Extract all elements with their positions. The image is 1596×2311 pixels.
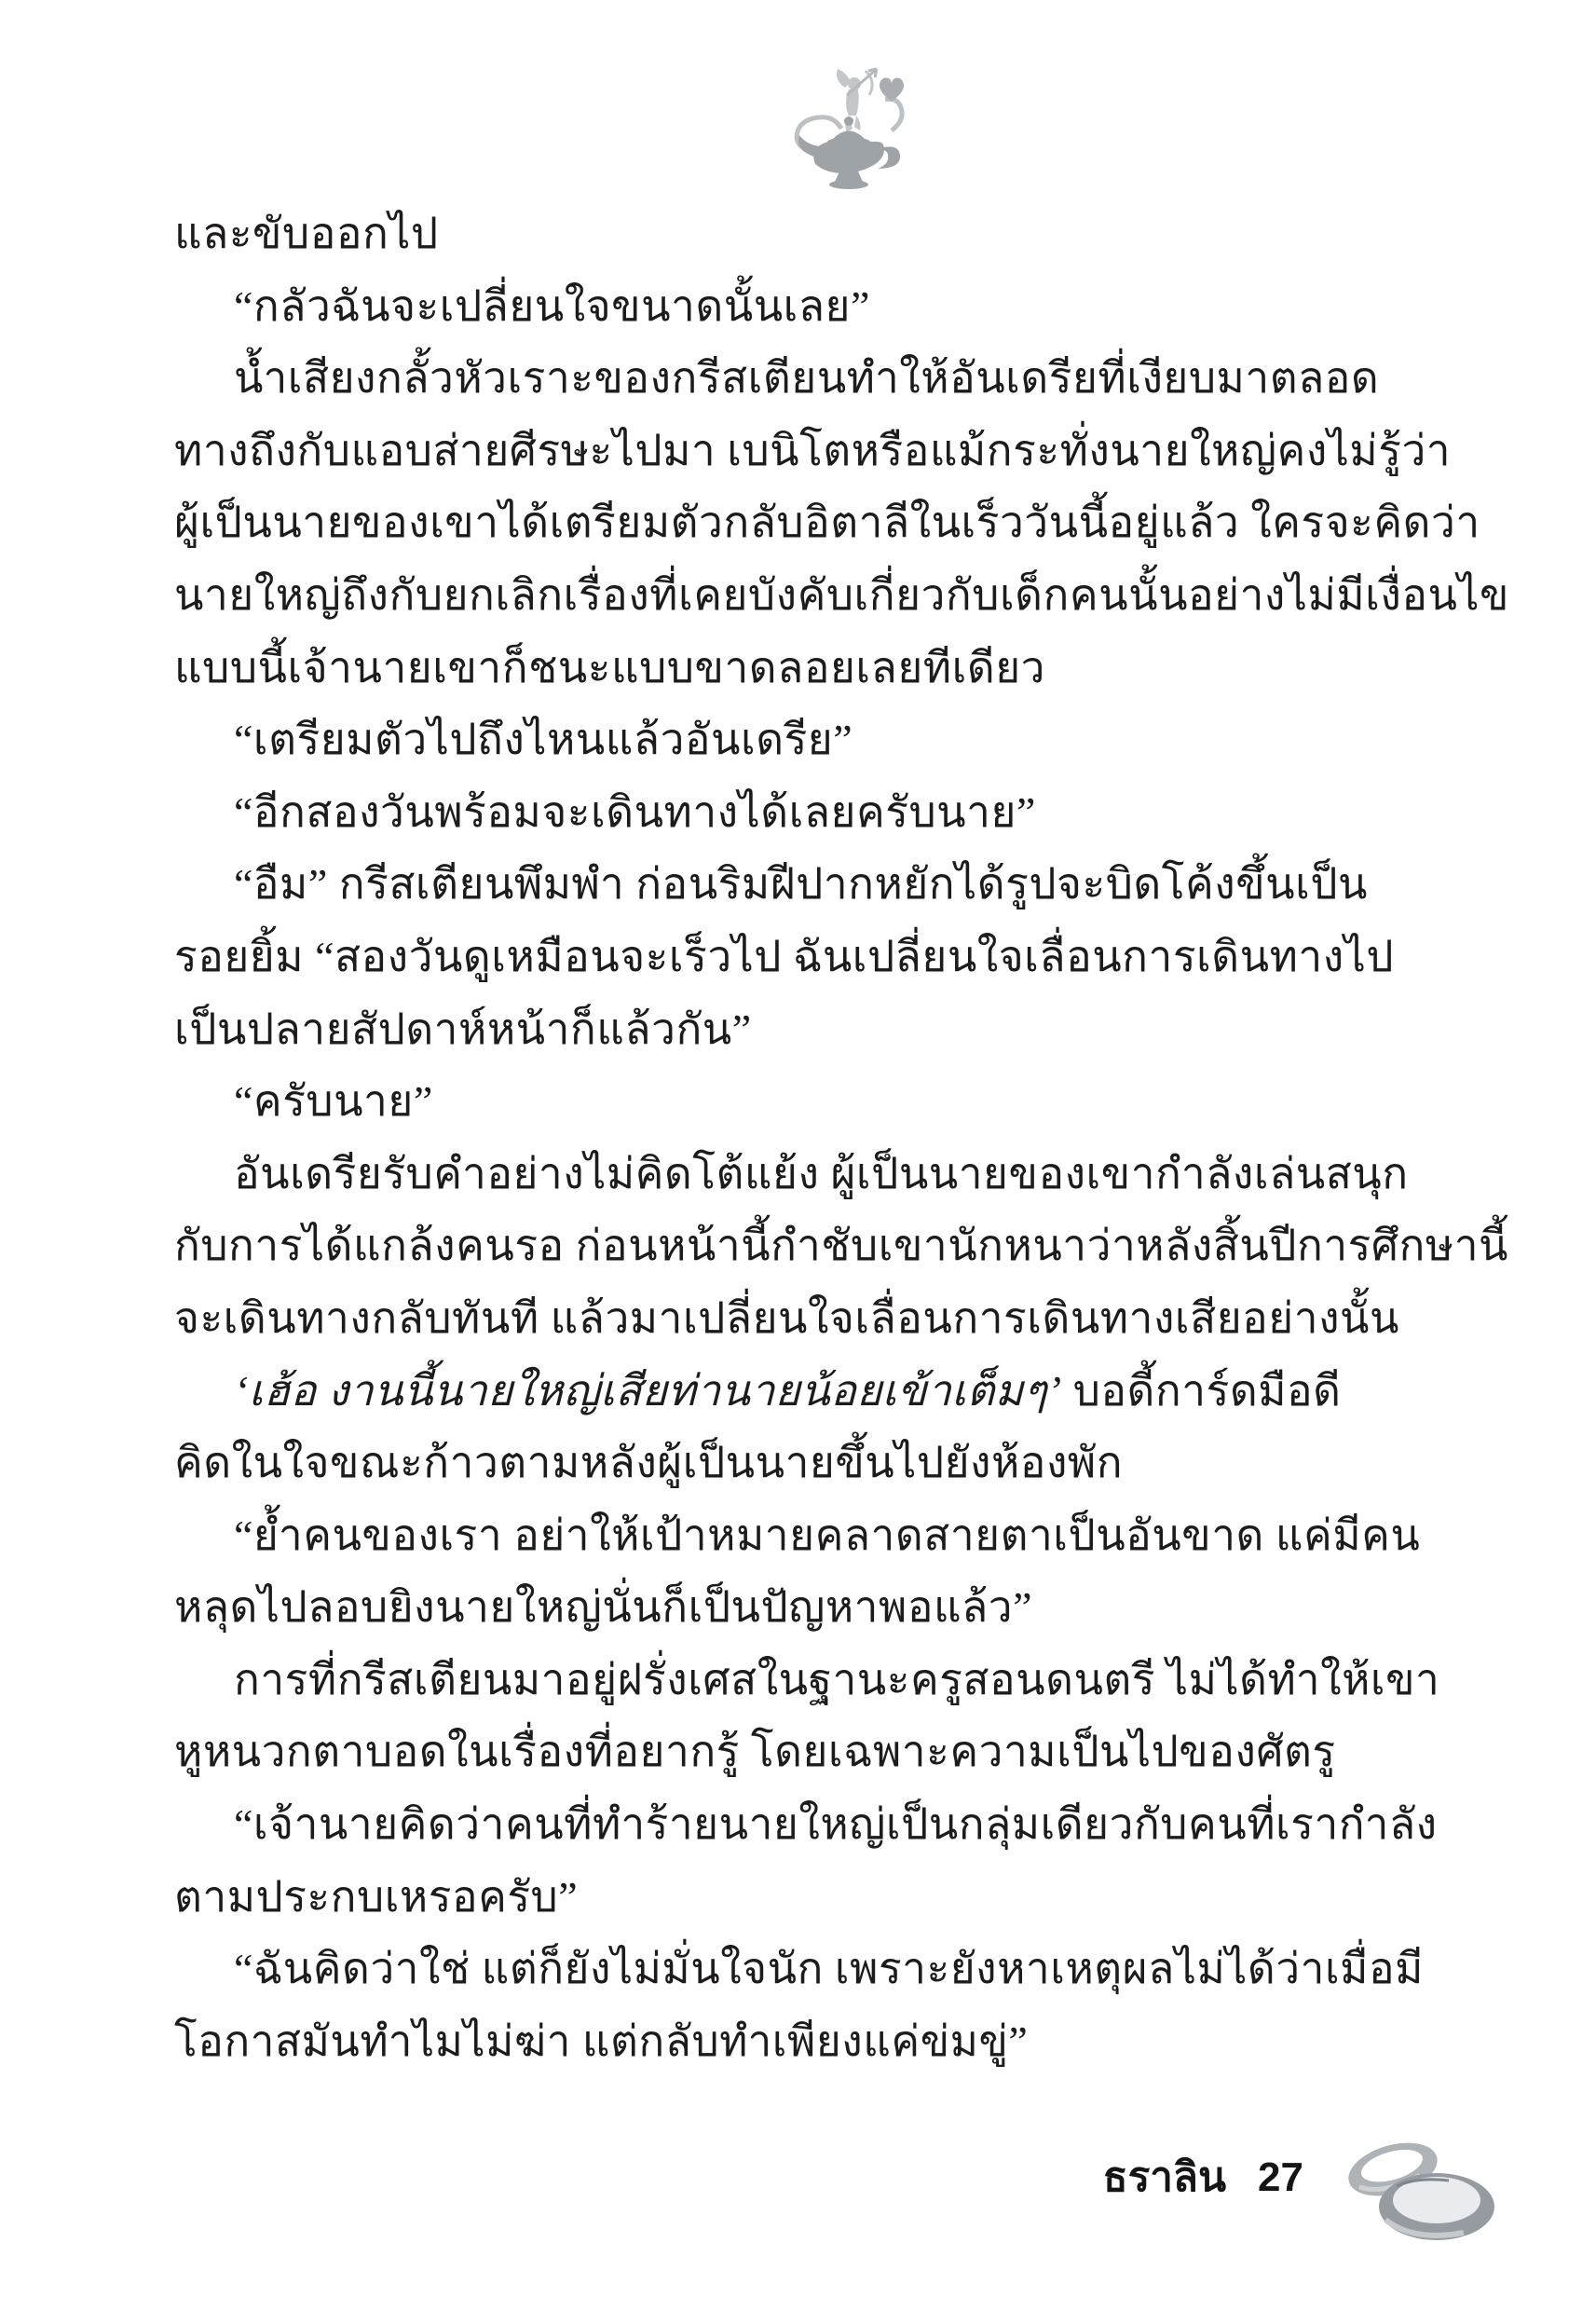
ornament-svg [787, 63, 908, 192]
text-run: โอกาสมันทำไมไม่ฆ่า แต่กลับทำเพียงแค่ข่มข… [174, 2017, 1028, 2065]
text-run: “อีกสองวันพร้อมจะเดินทางได้เลยครับนาย” [234, 788, 1036, 836]
text-run: บอดี้การ์ดมือดี [1062, 1367, 1342, 1415]
text-line: “ครับนาย” [174, 1065, 1432, 1138]
ring-bottom-icon [1379, 2173, 1494, 2240]
text-line: เป็นปลายสัปดาห์หน้าก็แล้วกัน” [174, 993, 1432, 1066]
text-line: “เตรียมตัวไปถึงไหนแล้วอันเดรีย” [174, 704, 1432, 776]
text-run: เป็นปลายสัปดาห์หน้าก็แล้วกัน” [174, 1005, 752, 1053]
text-run: การที่กรีสเตียนมาอยู่ฝรั่งเศสในฐานะครูสอ… [234, 1656, 1439, 1703]
text-run: “อืม” กรีสเตียนพึมพำ ก่อนริมฝีปากหยักได้… [234, 860, 1368, 908]
text-run: “ครับนาย” [234, 1077, 433, 1125]
text-run: แบบนี้เจ้านายเขาก็ชนะแบบขาดลอยเลยทีเดียว [174, 644, 1045, 691]
text-line: “อืม” กรีสเตียนพึมพำ ก่อนริมฝีปากหยักได้… [174, 848, 1432, 921]
rings-svg [1328, 2128, 1507, 2251]
text-line: หลุดไปลอบยิงนายใหญ่นั่นก็เป็นปัญหาพอแล้ว… [174, 1571, 1432, 1644]
text-line: ผู้เป็นนายของเขาได้เตรียมตัวกลับอิตาลีใน… [174, 486, 1432, 559]
text-run: หลุดไปลอบยิงนายใหญ่นั่นก็เป็นปัญหาพอแล้ว… [174, 1583, 1032, 1631]
text-line: น้ำเสียงกลั้วหัวเราะของกรีสเตียนทำให้อัน… [174, 342, 1432, 415]
text-line: ‘เฮ้อ งานนี้นายใหญ่เสียท่านายน้อยเข้าเต็… [174, 1355, 1432, 1428]
text-line: หูหนวกตาบอดในเรื่องที่อยากรู้ โดยเฉพาะคว… [174, 1716, 1432, 1788]
footer-book-title: ธราลิน [1103, 2144, 1226, 2209]
text-line: รอยยิ้ม “สองวันดูเหมือนจะเร็วไป ฉันเปลี่… [174, 921, 1432, 993]
text-run: “ฉันคิดว่าใช่ แต่ก็ยังไม่มั่นใจนัก เพราะ… [234, 1945, 1424, 1992]
text-line: “ฉันคิดว่าใช่ แต่ก็ยังไม่มั่นใจนัก เพราะ… [174, 1933, 1432, 2005]
text-run: อันเดรียรับคำอย่างไม่คิดโต้แย้ง ผู้เป็นน… [234, 1150, 1409, 1197]
text-line: อันเดรียรับคำอย่างไม่คิดโต้แย้ง ผู้เป็นน… [174, 1138, 1432, 1210]
text-run: รอยยิ้ม “สองวันดูเหมือนจะเร็วไป ฉันเปลี่… [174, 933, 1394, 980]
text-line: โอกาสมันทำไมไม่ฆ่า แต่กลับทำเพียงแค่ข่มข… [174, 2005, 1432, 2078]
text-line: “เจ้านายคิดว่าคนที่ทำร้ายนายใหญ่เป็นกลุ่… [174, 1788, 1432, 1861]
body-text: และขับออกไป“กลัวฉันจะเปลี่ยนใจขนาดนั้นเล… [174, 198, 1432, 2077]
text-run: ผู้เป็นนายของเขาได้เตรียมตัวกลับอิตาลีใน… [174, 499, 1480, 546]
text-line: และขับออกไป [174, 198, 1432, 270]
text-line: ทางถึงกับแอบส่ายศีรษะไปมา เบนิโตหรือแม้ก… [174, 415, 1432, 487]
text-line: “อีกสองวันพร้อมจะเดินทางได้เลยครับนาย” [174, 776, 1432, 849]
text-run: ตามประกบเหรอครับ” [174, 1873, 578, 1921]
text-run: กับการได้แกล้งคนรอ ก่อนหน้านี้กำชับเขานั… [174, 1222, 1508, 1269]
text-run: คิดในใจขณะก้าวตามหลังผู้เป็นนายขึ้นไปยัง… [174, 1439, 1123, 1486]
smoke-swirl-right [885, 99, 902, 130]
text-run: ทางถึงกับแอบส่ายศีรษะไปมา เบนิโตหรือแม้ก… [174, 427, 1451, 474]
text-run: “เตรียมตัวไปถึงไหนแล้วอันเดรีย” [234, 716, 853, 763]
text-run: หูหนวกตาบอดในเรื่องที่อยากรู้ โดยเฉพาะคว… [174, 1728, 1336, 1775]
text-run: “กลัวฉันจะเปลี่ยนใจขนาดนั้นเลย” [234, 282, 870, 330]
text-line: คิดในใจขณะก้าวตามหลังผู้เป็นนายขึ้นไปยัง… [174, 1427, 1432, 1499]
text-line: จะเดินทางกลับทันที แล้วมาเปลี่ยนใจเลื่อน… [174, 1282, 1432, 1355]
text-run: น้ำเสียงกลั้วหัวเราะของกรีสเตียนทำให้อัน… [234, 354, 1379, 402]
text-line: “ย้ำคนของเรา อย่าให้เป้าหมายคลาดสายตาเป็… [174, 1499, 1432, 1572]
text-run: “ย้ำคนของเรา อย่าให้เป้าหมายคลาดสายตาเป็… [234, 1511, 1420, 1559]
text-line: ตามประกบเหรอครับ” [174, 1861, 1432, 1934]
text-run: นายใหญ่ถึงกับยกเลิกเรื่องที่เคยบังคับเกี… [174, 571, 1509, 619]
text-run: “เจ้านายคิดว่าคนที่ทำร้ายนายใหญ่เป็นกลุ่… [234, 1800, 1438, 1848]
page-footer: ธราลิน 27 [1103, 2128, 1507, 2251]
text-line: แบบนี้เจ้านายเขาก็ชนะแบบขาดลอยเลยทีเดียว [174, 632, 1432, 704]
book-page: และขับออกไป“กลัวฉันจะเปลี่ยนใจขนาดนั้นเล… [0, 0, 1596, 2311]
text-line: “กลัวฉันจะเปลี่ยนใจขนาดนั้นเลย” [174, 270, 1432, 343]
text-line: กับการได้แกล้งคนรอ ก่อนหน้านี้กำชับเขานั… [174, 1210, 1432, 1282]
genie-lamp-cupid-ornament-icon [787, 63, 908, 192]
text-run-italic: ‘เฮ้อ งานนี้นายใหญ่เสียท่านายน้อยเข้าเต็… [234, 1367, 1062, 1415]
rings-photo [1328, 2128, 1507, 2251]
text-run: และขับออกไป [174, 210, 439, 257]
text-line: นายใหญ่ถึงกับยกเลิกเรื่องที่เคยบังคับเกี… [174, 559, 1432, 632]
footer-page-number: 27 [1258, 2154, 1303, 2201]
text-run: จะเดินทางกลับทันที แล้วมาเปลี่ยนใจเลื่อน… [174, 1294, 1399, 1342]
footer-text: ธราลิน 27 [1103, 2144, 1303, 2236]
heart-icon [880, 77, 904, 102]
text-line: การที่กรีสเตียนมาอยู่ฝรั่งเศสในฐานะครูสอ… [174, 1644, 1432, 1716]
